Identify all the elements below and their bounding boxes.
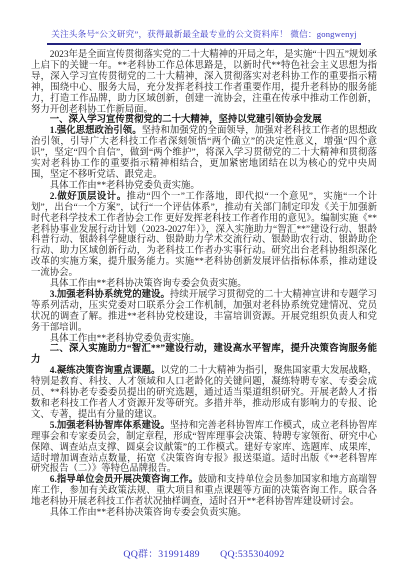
paragraph: 2023年是全面宣传贯彻落实党的二十大精神的开局之年，是实施“十四五”规划承上启… <box>31 50 377 115</box>
paragraph: 1.强化思想政治引领。坚持和加强党的全面领导，加强对老科技工作者的思想政治引领，… <box>31 126 377 181</box>
paragraph: 具体工作由**老科协党委负责实施。 <box>31 181 377 192</box>
paragraph: 具体工作由**老科协党委负责实施。 <box>31 334 377 345</box>
page-header: 关注头条号“公文研究”，获得最新最全最专业的公文资料库！ 微信：gongweny… <box>0 24 408 45</box>
section-heading: 一、深入学习宣传贯彻党的二十大精神，坚持以党建引领协会发展 <box>31 115 377 126</box>
paragraph: 4.凝练决策咨询重点课题。以党的二十大精神为指引，聚焦国家重大发展战略，特别是教… <box>31 366 377 421</box>
paragraph: 具体工作由**老科协决策咨询专委会负责实施。 <box>31 508 377 519</box>
paragraph: 具体工作由**老科协决策咨询专委会负责实施。 <box>31 279 377 290</box>
paragraph-lead: 5.加强老科协智库体系建设。 <box>50 421 170 431</box>
paragraph: 5.加强老科协智库体系建设。坚持和完善老科协智库工作模式，成立老科协智库理事会和… <box>31 421 377 476</box>
footer-qq-contacts: QQ群：31991489 QQ:535304092 <box>123 549 284 560</box>
section-heading: 二、深入实施助力“智汇**”建设行动，建设高水平智库，提升决策咨询服务能力 <box>31 344 377 366</box>
paragraph: 2.做好顶层设计。推动“四个一”工作落地，即代拟“一个意见”，实施“一个计划”，… <box>31 192 377 279</box>
paragraph-lead: 1.强化思想政治引领。 <box>50 126 142 136</box>
paragraph: 6.指导单位会员开展决策咨询工作。鼓励和支持单位会员参加国家和地方高端智库工作，… <box>31 475 377 508</box>
document-page: 关注头条号“公文研究”，获得最新最全最专业的公文资料库！ 微信：gongweny… <box>0 0 408 580</box>
paragraph-lead: 2.做好顶层设计。 <box>50 192 127 202</box>
document-body: 2023年是全面宣传贯彻落实党的二十大精神的开局之年，是实施“十四五”规划承上启… <box>31 50 377 519</box>
page-footer: QQ群：31991489 QQ:535304092 <box>0 546 408 560</box>
paragraph-lead: 4.凝练决策咨询重点课题。 <box>50 366 161 376</box>
header-banner-text: 关注头条号“公文研究”，获得最新最全最专业的公文资料库！ 微信：gongweny… <box>47 28 360 45</box>
paragraph-lead: 3.加强老科协系统党的建设。 <box>50 290 170 300</box>
paragraph: 3.加强老科协系统党的建设。持续开展学习贯彻党的二十大精神宣讲和专题学习等系列活… <box>31 290 377 334</box>
paragraph-lead: 6.指导单位会员开展决策咨询工作。 <box>50 475 198 485</box>
